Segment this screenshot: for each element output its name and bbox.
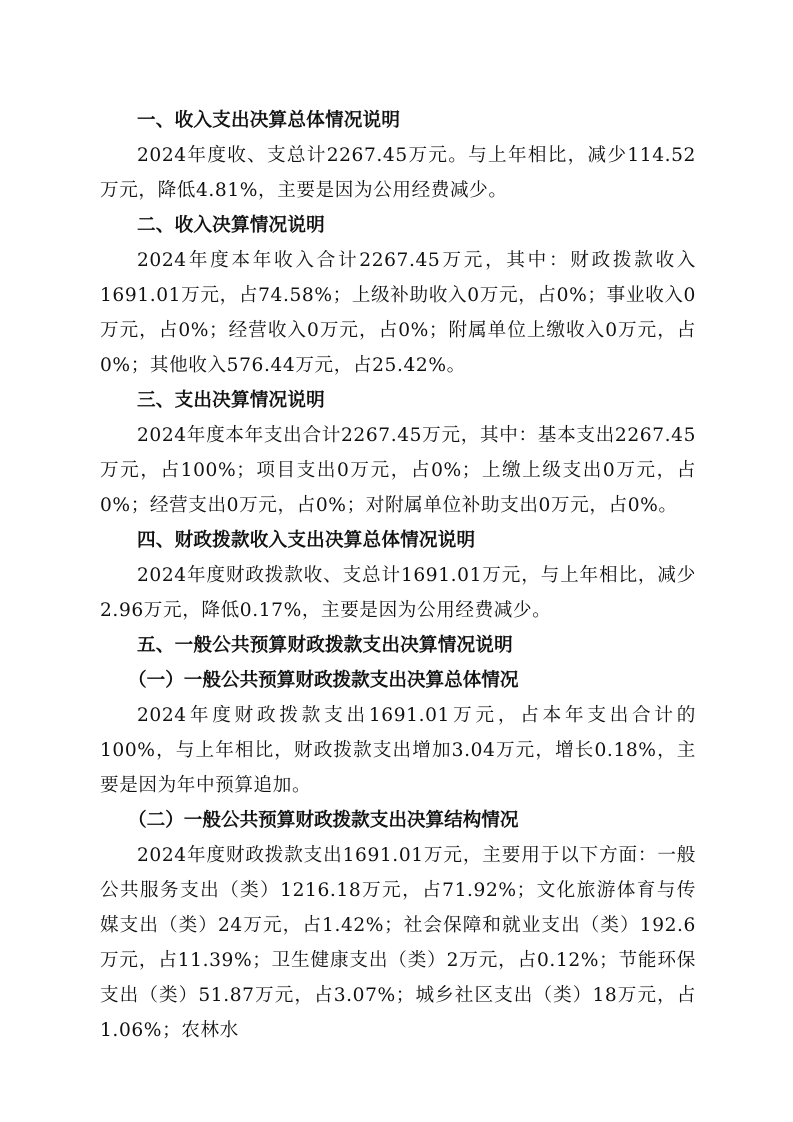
section-heading-2: 二、收入决算情况说明 bbox=[100, 208, 696, 243]
section-heading-3: 三、支出决算情况说明 bbox=[100, 383, 696, 418]
subsection-heading-5-2: （二）一般公共预算财政拨款支出决算结构情况 bbox=[100, 803, 696, 838]
section-heading-4: 四、财政拨款收入支出决算总体情况说明 bbox=[100, 523, 696, 558]
section-heading-5: 五、一般公共预算财政拨款支出决算情况说明 bbox=[100, 628, 696, 663]
document-page: 一、收入支出决算总体情况说明 2024年度收、支总计2267.45万元。与上年相… bbox=[100, 103, 696, 1048]
subsection-paragraph-5-2: 2024年度财政拨款支出1691.01万元，主要用于以下方面：一般公共服务支出（… bbox=[100, 838, 696, 1048]
subsection-heading-5-1: （一）一般公共预算财政拨款支出决算总体情况 bbox=[100, 663, 696, 698]
section-paragraph-3: 2024年度本年支出合计2267.45万元，其中：基本支出2267.45万元，占… bbox=[100, 418, 696, 523]
section-paragraph-2: 2024年度本年收入合计2267.45万元，其中：财政拨款收入1691.01万元… bbox=[100, 243, 696, 383]
subsection-paragraph-5-1: 2024年度财政拨款支出1691.01万元，占本年支出合计的100%，与上年相比… bbox=[100, 698, 696, 803]
section-paragraph-4: 2024年度财政拨款收、支总计1691.01万元，与上年相比，减少2.96万元，… bbox=[100, 558, 696, 628]
section-paragraph-1: 2024年度收、支总计2267.45万元。与上年相比，减少114.52万元，降低… bbox=[100, 138, 696, 208]
section-heading-1: 一、收入支出决算总体情况说明 bbox=[100, 103, 696, 138]
